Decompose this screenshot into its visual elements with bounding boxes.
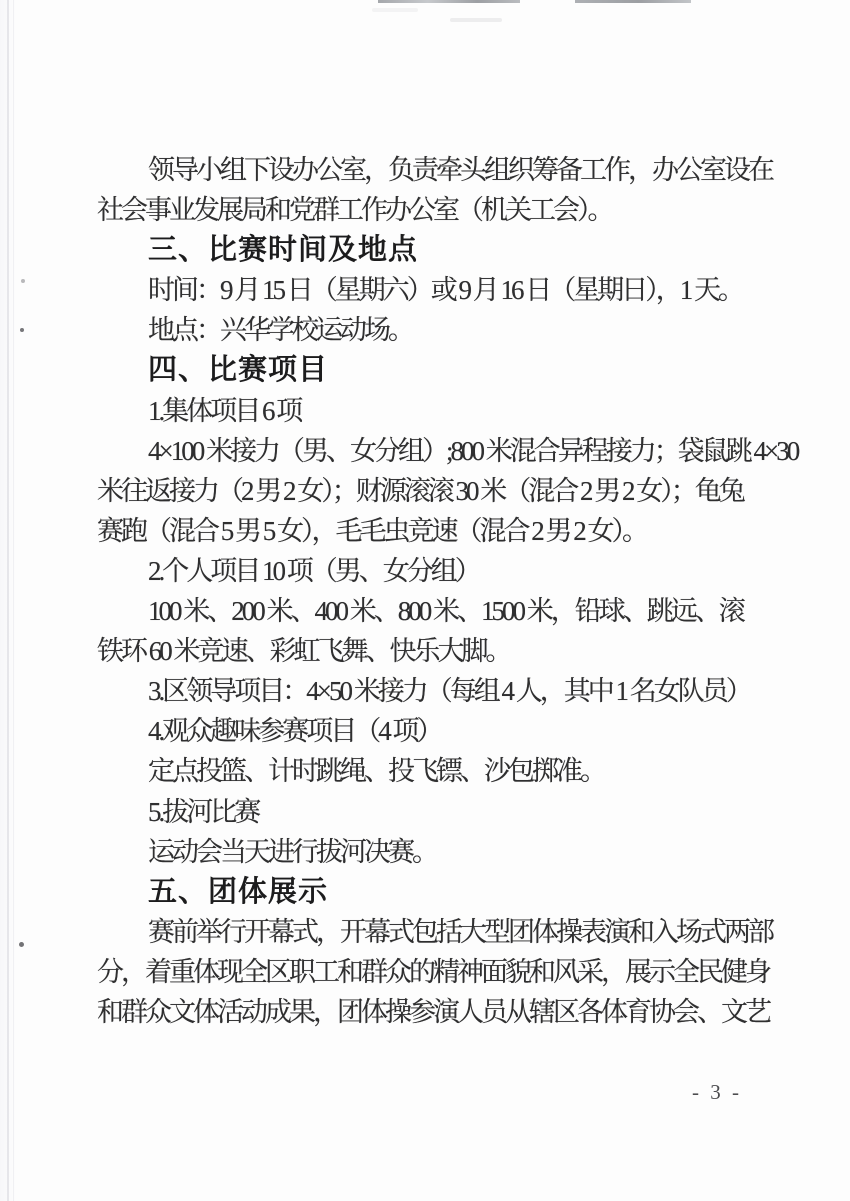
section-heading: 五、团体展示	[97, 872, 755, 912]
scanned-document-page: 领导小组下设办公室，负责牵头组织筹备工作，办公室设在社会事业发展局和党群工作办公…	[0, 0, 850, 1201]
section-heading: 三、比赛时间及地点	[97, 230, 755, 270]
text-line: 5.拔河比赛	[97, 792, 755, 832]
scan-left-edge-line-faint	[13, 0, 14, 1201]
scan-top-smudge-left	[378, 0, 520, 3]
scan-top-smudge-faint	[450, 18, 502, 22]
scan-left-edge-line	[7, 0, 9, 1201]
document-body: 领导小组下设办公室，负责牵头组织筹备工作，办公室设在社会事业发展局和党群工作办公…	[97, 150, 755, 1032]
scan-top-smudge-right	[575, 0, 691, 3]
text-line: 2.个人项目 10 项（男、女分组）	[97, 551, 755, 591]
ink-speck	[20, 328, 24, 332]
text-line: 100 米、200 米、400 米、800 米、1500 米，铅球、跳远、滚	[97, 591, 755, 631]
scan-top-smudge-faint-2	[372, 8, 418, 12]
ink-speck	[19, 942, 24, 947]
page-number: - 3 -	[692, 1080, 742, 1105]
text-line: 运动会当天进行拔河决赛。	[97, 832, 755, 872]
section-heading: 四、比赛项目	[97, 350, 755, 390]
text-line: 和群众文体活动成果，团体操参演人员从辖区各体育协会、文艺	[97, 992, 755, 1032]
text-line: 地点：兴华学校运动场。	[97, 310, 755, 350]
ink-speck	[21, 279, 25, 283]
text-line: 4×100 米接力（男、女分组）;800 米混合异程接力；袋鼠跳 4×30	[97, 431, 755, 471]
text-line: 时间：9 月 15 日（星期六）或 9 月 16 日（星期日），1 天。	[97, 270, 755, 310]
text-line: 分，着重体现全区职工和群众的精神面貌和风采，展示全民健身	[97, 952, 755, 992]
text-line: 3.区领导项目：4×50 米接力（每组 4 人，其中 1 名女队员）	[97, 671, 755, 711]
text-line: 社会事业发展局和党群工作办公室（机关工会）。	[97, 190, 755, 230]
text-line: 米往返接力（2 男 2 女）；财源滚滚 30 米（混合 2 男 2 女）；龟兔	[97, 471, 755, 511]
text-line: 铁环 60 米竞速、彩虹飞舞、快乐大脚。	[97, 631, 755, 671]
text-line: 1.集体项目 6 项	[97, 391, 755, 431]
text-line: 定点投篮、计时跳绳、投飞镖、沙包掷准。	[97, 751, 755, 791]
text-line: 领导小组下设办公室，负责牵头组织筹备工作，办公室设在	[97, 150, 755, 190]
text-line: 赛前举行开幕式，开幕式包括大型团体操表演和入场式两部	[97, 912, 755, 952]
text-line: 赛跑（混合 5 男 5 女），毛毛虫竞速（混合 2 男 2 女）。	[97, 511, 755, 551]
text-line: 4.观众趣味参赛项目（4 项）	[97, 711, 755, 751]
